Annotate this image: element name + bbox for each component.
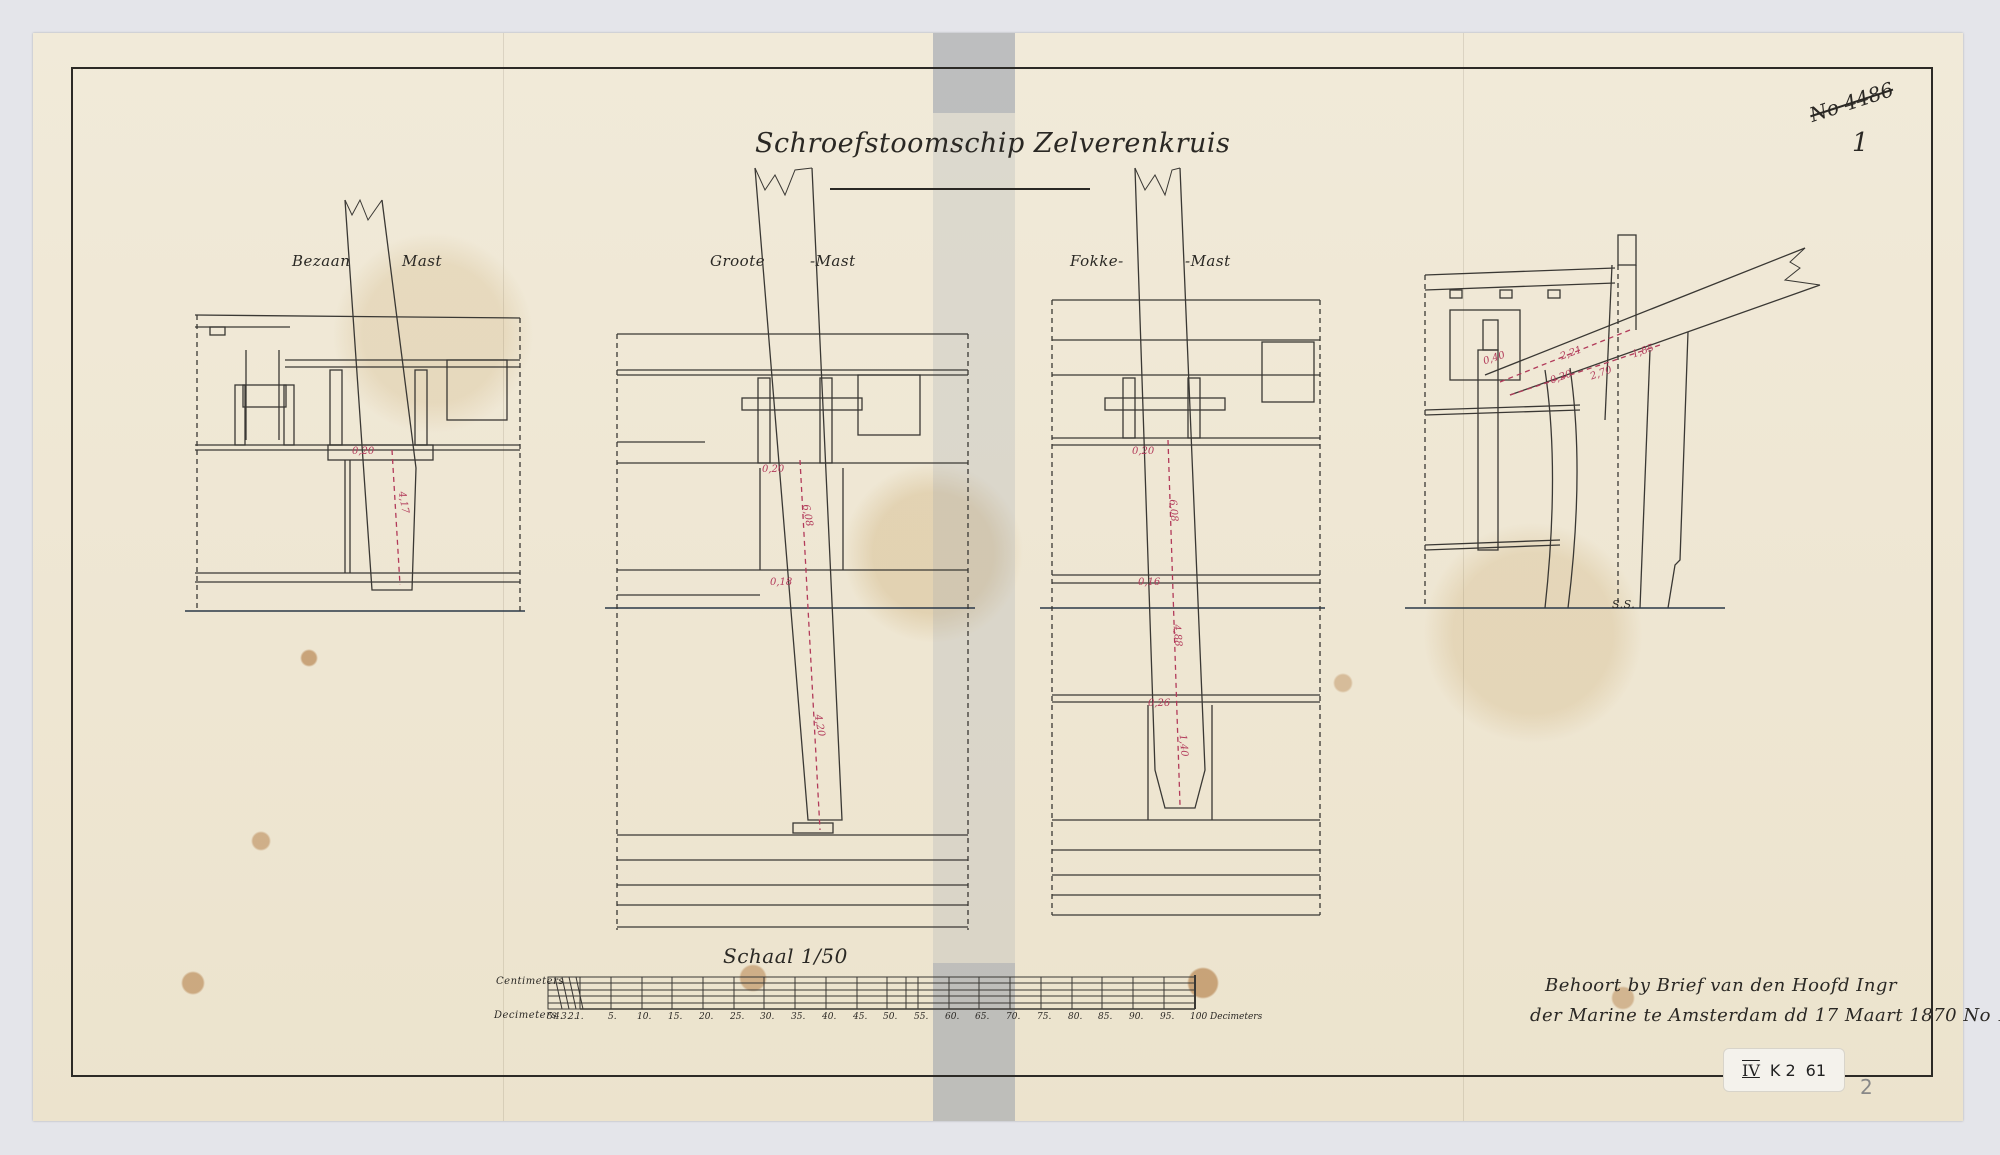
bezaan-mast-view: [185, 200, 525, 611]
stamp-roman: IV: [1742, 1061, 1760, 1080]
scale-tick: 35.: [791, 1012, 805, 1022]
dimension-label: 6,08: [1167, 499, 1180, 522]
scale-tick: 15.: [668, 1012, 682, 1022]
scale-bar-graphic: [548, 975, 1195, 1009]
dimension-label: 0,16: [1138, 577, 1160, 588]
dimension-label: 0,26: [1148, 698, 1170, 709]
scale-end-label: 100 Decimeters: [1190, 1012, 1262, 1022]
scale-tick: 95.: [1160, 1012, 1174, 1022]
scale-tick: 70.: [1006, 1012, 1020, 1022]
fokke-mast-view: [1040, 168, 1325, 915]
scale-tick: 65.: [975, 1012, 989, 1022]
scale-tick: 10.: [637, 1012, 651, 1022]
dimension-label: 0,20: [1132, 446, 1154, 457]
scale-tick: 50.: [883, 1012, 897, 1022]
scale-tick: 85.: [1098, 1012, 1112, 1022]
scale-tick: 45.: [853, 1012, 867, 1022]
scale-upper-label: Centimeters: [496, 976, 564, 987]
archive-stamp: IV K 2 61: [1723, 1048, 1845, 1092]
scale-tick: 55.: [914, 1012, 928, 1022]
dimension-label: 1,40: [1177, 734, 1190, 757]
groote-mast-view: [605, 168, 975, 930]
ss-marker: S.S.: [1612, 598, 1635, 611]
stamp-number: 61: [1806, 1061, 1826, 1080]
scale-tick: 60.: [945, 1012, 959, 1022]
scale-tick: 90.: [1129, 1012, 1143, 1022]
scale-tick: 25.: [730, 1012, 744, 1022]
dimension-label: 0,20: [352, 446, 374, 457]
scale-tick: 20.: [699, 1012, 713, 1022]
dimension-label: 0,18: [770, 577, 792, 588]
bowsprit-view: [1405, 235, 1820, 608]
scale-tick: 40.: [822, 1012, 836, 1022]
scale-tick: 30.: [760, 1012, 774, 1022]
scale-tick: 80.: [1068, 1012, 1082, 1022]
scale-tick: 5.: [608, 1012, 617, 1022]
approval-note-line2: der Marine te Amsterdam dd 17 Maart 1870…: [1530, 1005, 2000, 1026]
dimension-label: 0,20: [762, 464, 784, 475]
scale-title: Schaal 1/50: [723, 944, 848, 968]
scale-tick: 1.: [575, 1012, 584, 1022]
archive-extra-number: 2: [1860, 1075, 1873, 1099]
dimension-label: 4,88: [1171, 624, 1184, 647]
stamp-series: K 2: [1770, 1061, 1796, 1080]
scale-tick: 75.: [1037, 1012, 1051, 1022]
approval-note-line1: Behoort by Brief van den Hoofd Ingr: [1545, 975, 1897, 996]
